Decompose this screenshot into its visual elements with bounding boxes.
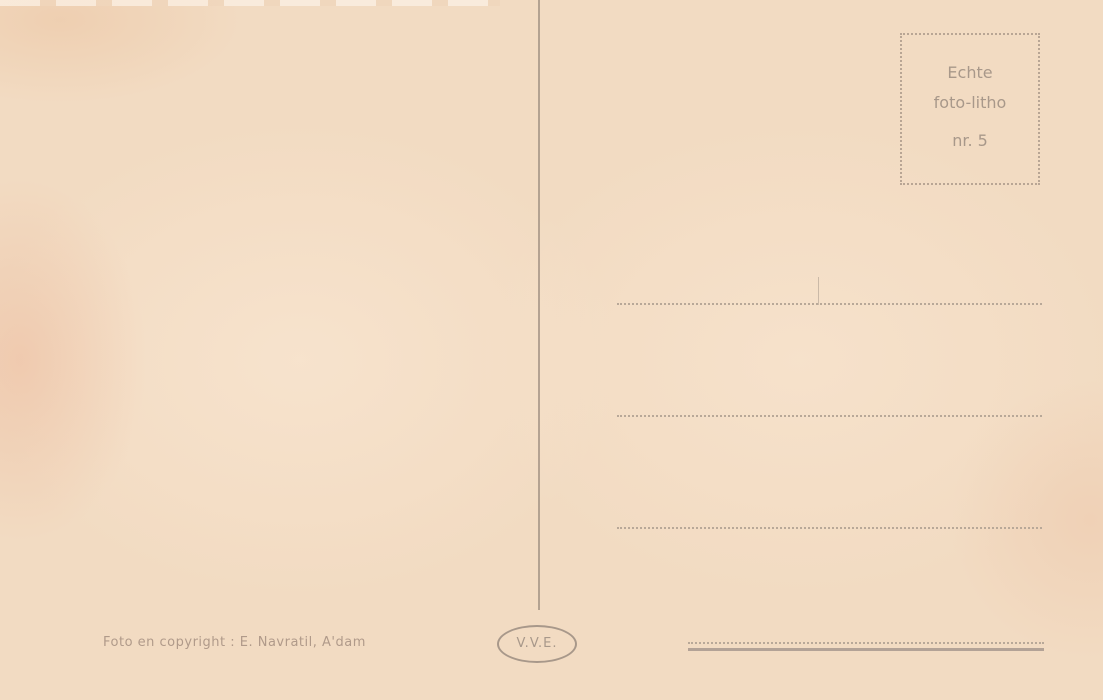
address-line-1 [617, 303, 1042, 305]
address-underline [688, 648, 1044, 651]
postcard-back: Echte foto-litho nr. 5 Foto en copyright… [0, 0, 1103, 700]
center-divider-line [538, 0, 540, 610]
stamp-text-echte: Echte [902, 63, 1038, 82]
torn-top-edge [0, 0, 500, 6]
address-line-3 [617, 527, 1042, 529]
stamp-text-foto-litho: foto-litho [902, 93, 1038, 112]
address-line-2 [617, 415, 1042, 417]
stamp-placeholder-box: Echte foto-litho nr. 5 [900, 33, 1040, 185]
pencil-mark [818, 277, 819, 305]
address-line-4 [688, 642, 1044, 644]
stamp-text-number: nr. 5 [902, 131, 1038, 150]
publisher-logo: V.V.E. [497, 625, 577, 663]
photo-credit: Foto en copyright : E. Navratil, A'dam [103, 635, 366, 650]
